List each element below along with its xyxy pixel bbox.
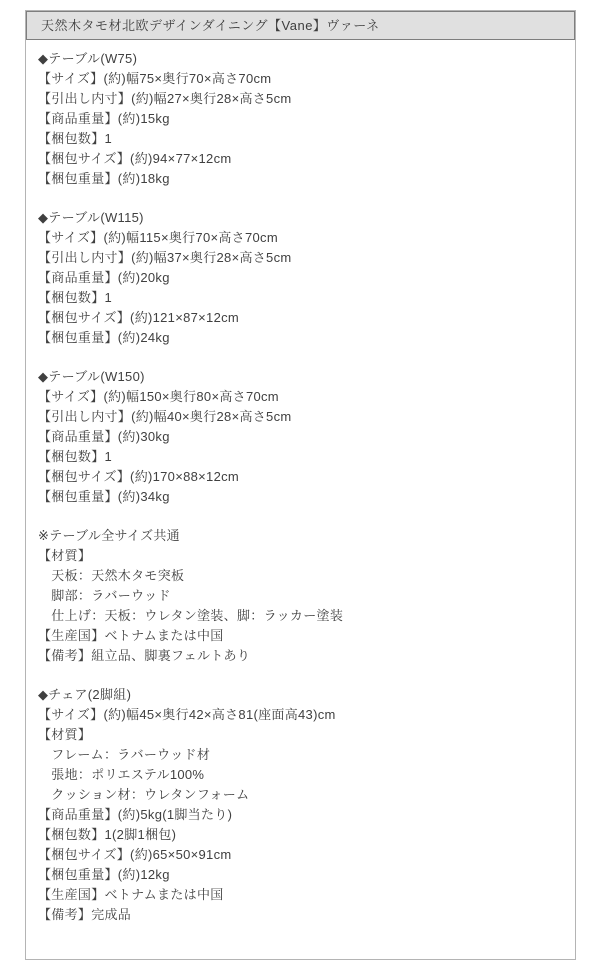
spec-line: 【サイズ】(約)幅115×奥行70×高さ70cm bbox=[38, 228, 561, 248]
spec-section-table-w75: ◆テーブル(W75)【サイズ】(約)幅75×奥行70×高さ70cm【引出し内寸】… bbox=[38, 49, 561, 189]
spec-line: 【サイズ】(約)幅45×奥行42×高さ81(座面高43)cm bbox=[38, 705, 561, 725]
spec-line: 【引出し内寸】(約)幅40×奥行28×高さ5cm bbox=[38, 407, 561, 427]
spec-section-table-common: ※テーブル全サイズ共通【材質】 天板：天然木タモ突板 脚部：ラバーウッド 仕上げ… bbox=[38, 526, 561, 666]
spec-line: 【梱包数】1 bbox=[38, 288, 561, 308]
spec-line: 【備考】組立品、脚裏フェルトあり bbox=[38, 646, 561, 666]
spec-line: 【梱包重量】(約)18kg bbox=[38, 169, 561, 189]
spec-section-table-w150: ◆テーブル(W150)【サイズ】(約)幅150×奥行80×高さ70cm【引出し内… bbox=[38, 367, 561, 507]
spec-line: フレーム：ラバーウッド材 bbox=[38, 745, 561, 765]
spec-line: 【梱包数】1 bbox=[38, 447, 561, 467]
spec-line: 【材質】 bbox=[38, 546, 561, 566]
spec-line: ◆テーブル(W150) bbox=[38, 367, 561, 387]
spec-section-table-w115: ◆テーブル(W115)【サイズ】(約)幅115×奥行70×高さ70cm【引出し内… bbox=[38, 208, 561, 348]
spec-line: 【梱包サイズ】(約)94×77×12cm bbox=[38, 149, 561, 169]
spec-line: 【梱包サイズ】(約)121×87×12cm bbox=[38, 308, 561, 328]
spec-line: 脚部：ラバーウッド bbox=[38, 586, 561, 606]
spec-line: 【梱包重量】(約)24kg bbox=[38, 328, 561, 348]
spec-body: ◆テーブル(W75)【サイズ】(約)幅75×奥行70×高さ70cm【引出し内寸】… bbox=[26, 40, 575, 936]
spec-line: 天板：天然木タモ突板 bbox=[38, 566, 561, 586]
spec-line: 張地：ポリエステル100% bbox=[38, 765, 561, 785]
spec-line: 【材質】 bbox=[38, 725, 561, 745]
spec-line: ※テーブル全サイズ共通 bbox=[38, 526, 561, 546]
spec-line: 【サイズ】(約)幅150×奥行80×高さ70cm bbox=[38, 387, 561, 407]
spec-line: 【生産国】ベトナムまたは中国 bbox=[38, 626, 561, 646]
spec-line: ◆テーブル(W75) bbox=[38, 49, 561, 69]
spec-line: 【商品重量】(約)15kg bbox=[38, 109, 561, 129]
spec-line: 【商品重量】(約)20kg bbox=[38, 268, 561, 288]
spec-line: 【梱包数】1 bbox=[38, 129, 561, 149]
spec-line: 【備考】完成品 bbox=[38, 905, 561, 925]
spec-line: クッション材：ウレタンフォーム bbox=[38, 785, 561, 805]
spec-line: 【生産国】ベトナムまたは中国 bbox=[38, 885, 561, 905]
spec-line: 【商品重量】(約)30kg bbox=[38, 427, 561, 447]
spec-line: 【梱包サイズ】(約)170×88×12cm bbox=[38, 467, 561, 487]
spec-section-chair: ◆チェア(2脚組)【サイズ】(約)幅45×奥行42×高さ81(座面高43)cm【… bbox=[38, 685, 561, 925]
spec-line: 【引出し内寸】(約)幅37×奥行28×高さ5cm bbox=[38, 248, 561, 268]
spec-line: 仕上げ：天板：ウレタン塗装、脚：ラッカー塗装 bbox=[38, 606, 561, 626]
product-title: 天然木タモ材北欧デザインダイニング【Vane】ヴァーネ bbox=[41, 18, 380, 33]
product-spec-panel: 天然木タモ材北欧デザインダイニング【Vane】ヴァーネ ◆テーブル(W75)【サ… bbox=[25, 10, 576, 936]
spec-line: 【サイズ】(約)幅75×奥行70×高さ70cm bbox=[38, 69, 561, 89]
spec-line: ◆テーブル(W115) bbox=[38, 208, 561, 228]
spec-line: 【梱包重量】(約)34kg bbox=[38, 487, 561, 507]
product-title-bar: 天然木タモ材北欧デザインダイニング【Vane】ヴァーネ bbox=[26, 11, 575, 40]
spec-line: 【引出し内寸】(約)幅27×奥行28×高さ5cm bbox=[38, 89, 561, 109]
spec-line: 【梱包サイズ】(約)65×50×91cm bbox=[38, 845, 561, 865]
spec-line: 【梱包重量】(約)12kg bbox=[38, 865, 561, 885]
spec-line: 【商品重量】(約)5kg(1脚当たり) bbox=[38, 805, 561, 825]
spec-line: 【梱包数】1(2脚1梱包) bbox=[38, 825, 561, 845]
spec-line: ◆チェア(2脚組) bbox=[38, 685, 561, 705]
